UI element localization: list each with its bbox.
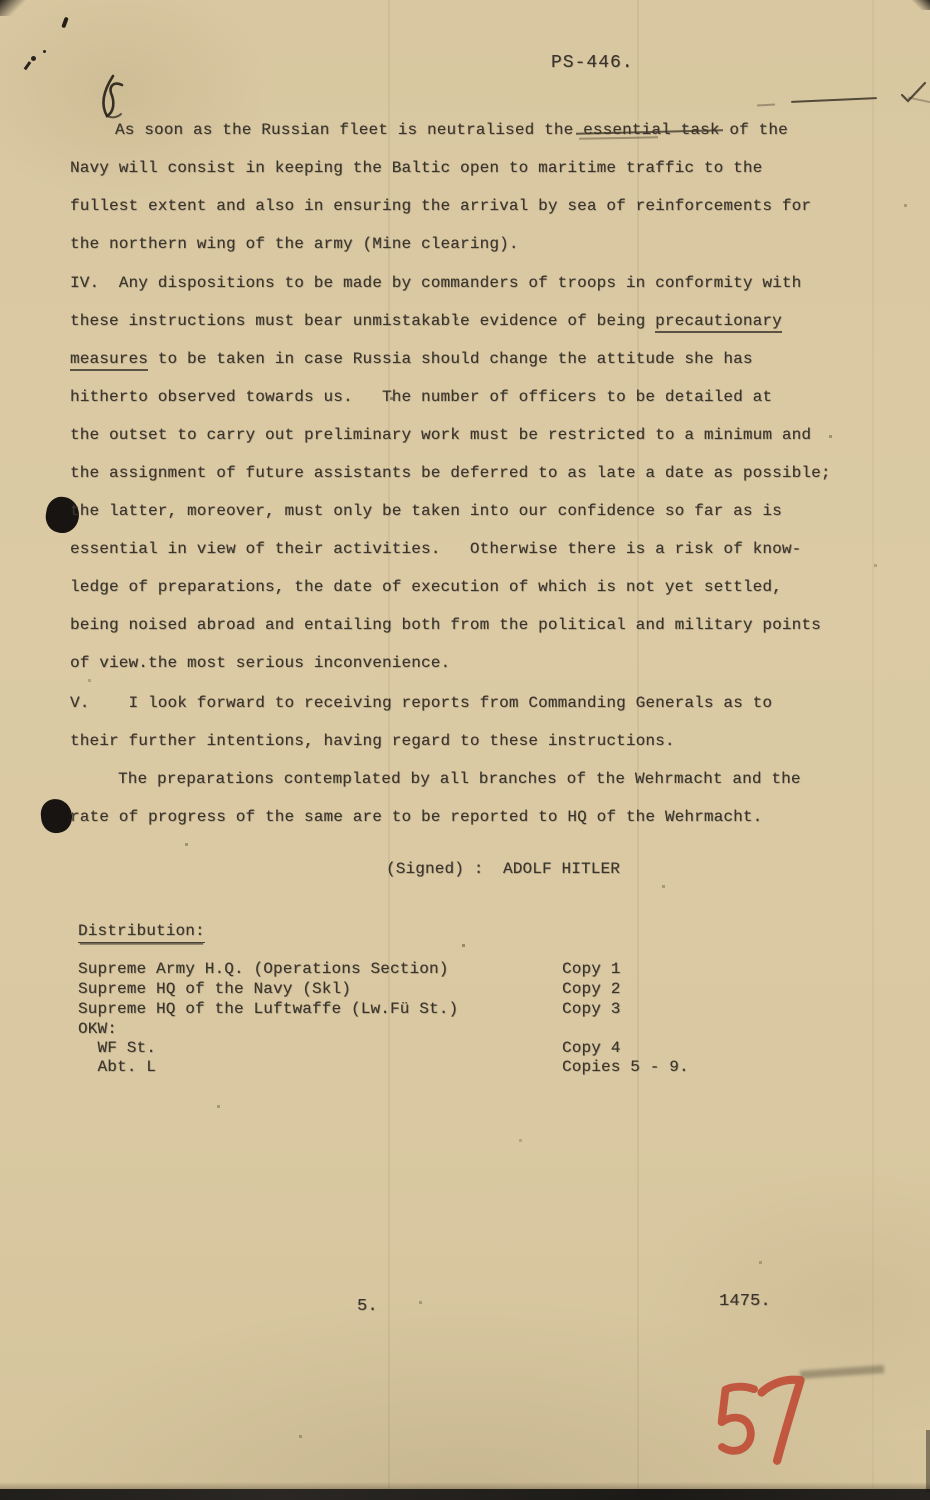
- stamp-number-57: [701, 1371, 826, 1469]
- pencil-dash: [757, 104, 775, 107]
- paper-tear-mark: [95, 74, 139, 122]
- body-line: of view.the most serious inconvenience.: [70, 654, 450, 672]
- body-line: The preparations contemplated by all bra…: [118, 770, 801, 788]
- body-text: As soon as the Russian fleet is neutrali…: [115, 121, 583, 139]
- distribution-row: WF St.Copy 4: [78, 1039, 798, 1057]
- copy-label: Copy 4: [562, 1039, 621, 1057]
- distribution-row: Supreme Army H.Q. (Operations Section)Co…: [78, 960, 798, 978]
- body-line: the latter, moreover, must only be taken…: [70, 502, 782, 520]
- signed-line: (Signed) : ADOLF HITLER: [386, 860, 620, 878]
- body-line: these instructions must bear unmistakabl…: [70, 312, 782, 330]
- body-line: the assignment of future assistants be d…: [70, 464, 831, 482]
- ink-dot: [31, 56, 36, 61]
- copy-label: Copy 2: [562, 980, 621, 998]
- distribution-heading: Distribution:: [78, 922, 205, 940]
- fold-line: [388, 0, 390, 1500]
- underlined-text: precautionary: [655, 312, 782, 333]
- distribution-heading-text: Distribution:: [78, 922, 205, 943]
- distribution-row: Supreme HQ of the Navy (Skl)Copy 2: [78, 980, 798, 998]
- distribution-recipient: OKW:: [78, 1020, 117, 1038]
- body-line: V. I look forward to receiving reports f…: [70, 694, 772, 712]
- footer-number: 1475.: [719, 1292, 771, 1311]
- body-line: their further intentions, having regard …: [70, 732, 675, 750]
- distribution-recipient: Abt. L: [78, 1058, 156, 1076]
- page-corner-shadow: [0, 0, 26, 16]
- distribution-row: Abt. LCopies 5 - 9.: [78, 1058, 798, 1076]
- ink-dot: [43, 50, 46, 53]
- fold-line: [872, 0, 874, 1500]
- body-line: the northern wing of the army (Mine clea…: [70, 235, 519, 253]
- copy-label: Copy 3: [562, 1000, 621, 1018]
- document-page: PS-446. As soon as the Russian fleet is …: [0, 0, 930, 1500]
- page-number: 5.: [357, 1297, 378, 1316]
- doc-number: PS-446.: [551, 53, 634, 73]
- distribution-row: OKW:: [78, 1020, 798, 1038]
- page-right-edge: [926, 1430, 930, 1492]
- body-line: the outset to carry out preliminary work…: [70, 426, 811, 444]
- body-text: to be taken in case Russia should change…: [148, 350, 753, 368]
- body-line: being noised abroad and entailing both f…: [70, 616, 821, 634]
- underlined-text: measures: [70, 350, 148, 371]
- body-line: essential in view of their activities. O…: [70, 540, 801, 558]
- distribution-recipient: Supreme Army H.Q. (Operations Section): [78, 960, 449, 978]
- body-line: IV. Any dispositions to be made by comma…: [70, 274, 801, 292]
- ink-mark: [61, 17, 69, 29]
- body-line: Navy will consist in keeping the Baltic …: [70, 159, 762, 177]
- body-line: hitherto observed towards us. The number…: [70, 388, 772, 406]
- pencil-dash: [791, 97, 877, 103]
- ink-mark: [24, 61, 31, 70]
- distribution-recipient: Supreme HQ of the Luftwaffe (Lw.Fü St.): [78, 1000, 458, 1018]
- check-mark: [899, 80, 929, 106]
- distribution-recipient: Supreme HQ of the Navy (Skl): [78, 980, 351, 998]
- body-text: these instructions must bear unmistakabl…: [70, 312, 655, 330]
- body-line: As soon as the Russian fleet is neutrali…: [115, 121, 788, 139]
- body-line: fullest extent and also in ensuring the …: [70, 197, 811, 215]
- distribution-recipient: WF St.: [78, 1039, 156, 1057]
- copy-label: Copy 1: [562, 960, 621, 978]
- copy-label: Copies 5 - 9.: [562, 1058, 689, 1076]
- page-corner-shadow: [912, 0, 930, 10]
- body-text: of the: [720, 121, 788, 139]
- fold-line: [637, 0, 639, 1500]
- body-line: rate of progress of the same are to be r…: [70, 808, 762, 826]
- page-bottom-edge: [0, 1489, 930, 1500]
- paper-speckles: [0, 0, 1, 1]
- body-line: measures to be taken in case Russia shou…: [70, 350, 753, 368]
- distribution-row: Supreme HQ of the Luftwaffe (Lw.Fü St.)C…: [78, 1000, 798, 1018]
- body-line: ledge of preparations, the date of execu…: [70, 578, 782, 596]
- struck-text: essential task: [583, 121, 720, 139]
- hole-punch: [39, 797, 73, 834]
